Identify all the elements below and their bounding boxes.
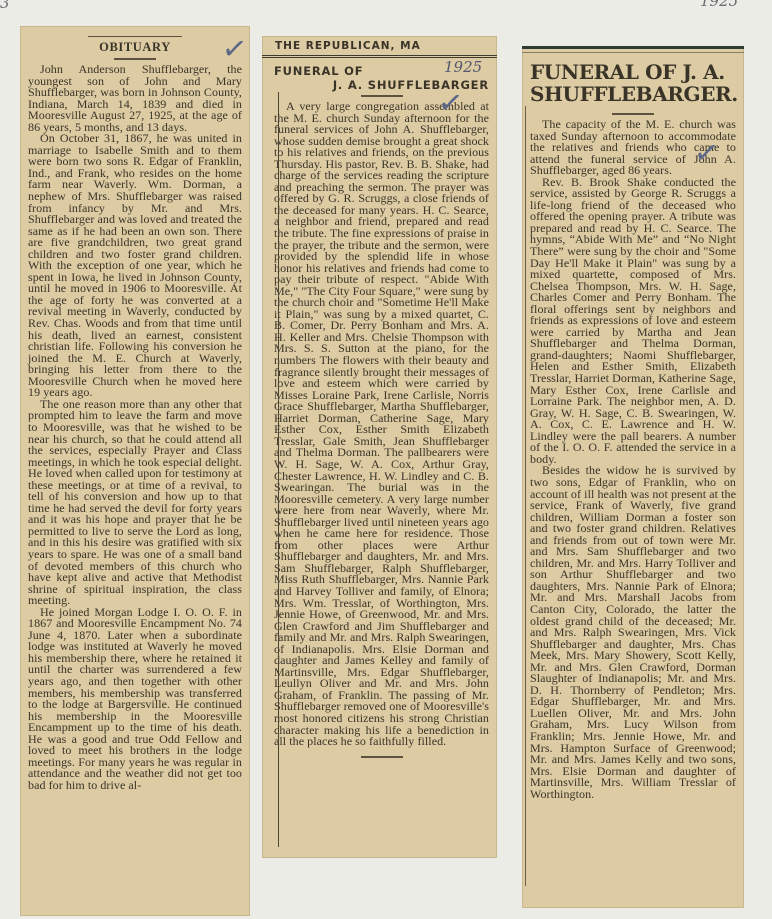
- top-rule: [522, 46, 744, 53]
- checkmark-icon: ✓: [692, 134, 722, 172]
- funeral-clipping: FUNERAL OF J. A. SHUFFLEBARGER. ✓ The ca…: [522, 46, 744, 908]
- heading-divider: [612, 113, 654, 115]
- end-divider: [361, 756, 403, 758]
- obituary-paragraph: On October 31, 1867, he was united in ma…: [28, 133, 242, 399]
- checkmark-icon: ✓: [220, 30, 250, 68]
- newspaper-masthead: THE REPUBLICAN, MA: [262, 36, 497, 58]
- obituary-paragraph: He joined Morgan Lodge I. O. O. F. in 18…: [28, 607, 242, 792]
- corner-handwriting: 1925: [700, 0, 738, 10]
- column-rule: [525, 106, 526, 886]
- obituary-paragraph: The one reason more than any other that …: [28, 399, 242, 607]
- funeral-headline: FUNERAL OF J. A. SHUFFLEBARGER.: [530, 61, 736, 105]
- heading-divider: [114, 58, 156, 60]
- headline-line2: SHUFFLEBARGER.: [530, 83, 736, 105]
- obituary-heading: OBITUARY: [88, 36, 182, 55]
- obituary-paragraph: John Anderson Shufflebarger, the younges…: [28, 64, 242, 133]
- funeral-paragraph: Rev. B. Brook Shake conducted the servic…: [530, 177, 736, 466]
- checkmark-icon: ✓: [436, 84, 466, 122]
- handwritten-year: 1925: [444, 58, 482, 76]
- left-corner-mark: 3: [0, 0, 10, 12]
- heading-divider: [361, 95, 403, 97]
- headline-line1: FUNERAL OF J. A.: [530, 60, 725, 84]
- column-rule: [278, 92, 279, 847]
- funeral-paragraph: Besides the widow he is survived by two …: [530, 465, 736, 800]
- obituary-clipping: OBITUARY ✓ John Anderson Shufflebarger, …: [20, 26, 250, 916]
- republican-clipping: THE REPUBLICAN, MA 1925 FUNERAL OF J. A.…: [262, 36, 497, 858]
- funeral-paragraph: A very large congregation assembled at t…: [274, 101, 489, 748]
